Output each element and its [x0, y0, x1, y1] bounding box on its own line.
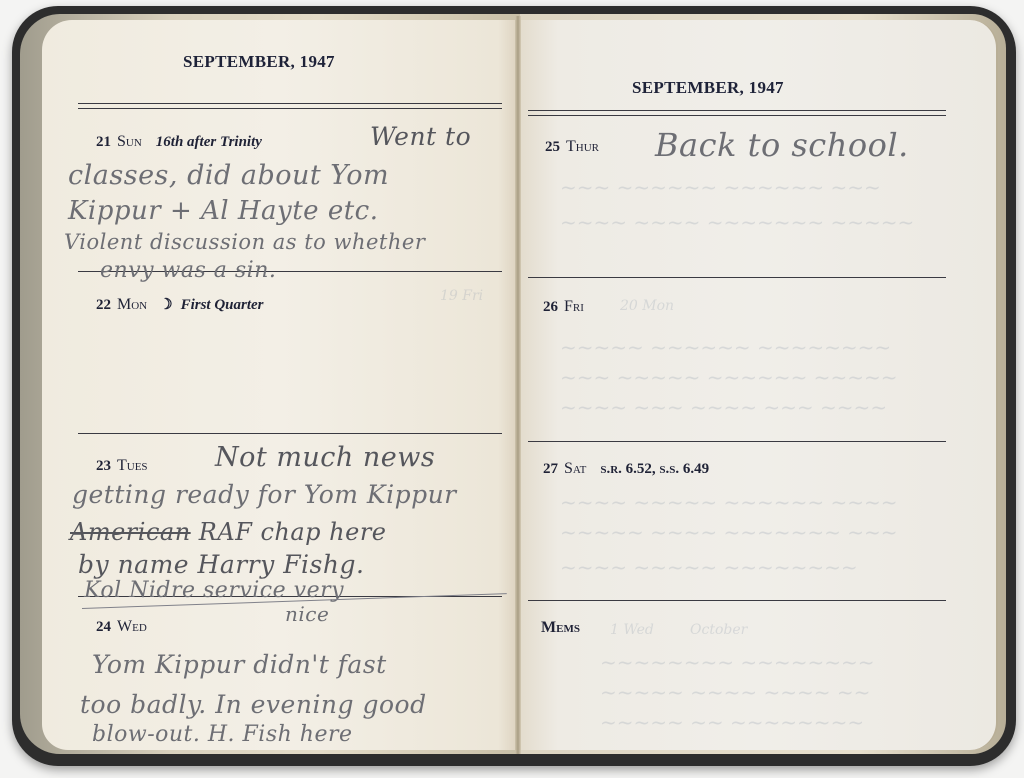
handwriting-line: Back to school. [655, 126, 909, 164]
ghost-text: 19 Fri [440, 288, 483, 304]
ghost-scribble: ~~~ ~~~~~ ~~~~~~ ~~~~~ [560, 365, 897, 389]
day-name: Sat [564, 460, 586, 477]
moon-phase-icon: ☽ [159, 297, 172, 313]
day-number: 27 [543, 461, 558, 477]
header-rule-left [78, 103, 502, 109]
handwriting-line: envy was a sin. [100, 258, 276, 283]
day-name: Mon [117, 296, 147, 313]
day-label-25: 25Thur [545, 138, 599, 156]
day-label-22: 22Mon☽First Quarter [96, 295, 264, 314]
mems-label: Mems [541, 619, 580, 637]
handwriting-line: getting ready for Yom Kippur [72, 480, 457, 509]
day-number: 25 [545, 139, 560, 155]
day-number: 23 [96, 458, 111, 474]
handwriting-line: American RAF chap here [70, 518, 387, 546]
ghost-text: 1 Wed [610, 622, 654, 638]
ghost-scribble: ~~~~~ ~~~~ ~~~~ ~~ [600, 680, 870, 704]
day-name: Wed [117, 618, 147, 635]
handwriting-line: Yom Kippur didn't fast [92, 650, 387, 679]
handwriting-line: Not much news [215, 442, 435, 473]
ghost-scribble: ~~~~ ~~~ ~~~~ ~~~ ~~~~ [560, 395, 887, 419]
day-number: 24 [96, 619, 111, 635]
ghost-scribble: ~~~~ ~~~~~ ~~~~~~ ~~~~ [560, 490, 897, 514]
day-name: Fri [564, 298, 584, 315]
book-spine [515, 16, 521, 754]
day-number: 21 [96, 134, 111, 150]
header-rule-right [528, 110, 946, 116]
day-divider [528, 441, 946, 442]
page-header-right: SEPTEMBER, 1947 [632, 78, 784, 98]
day-divider [78, 433, 502, 434]
ghost-scribble: ~~~ ~~~~~~ ~~~~~~ ~~~ [560, 175, 881, 199]
day-divider [528, 600, 946, 601]
ghost-scribble: ~~~~~ ~~~~ ~~~~~~~ ~~~ [560, 520, 897, 544]
ghost-scribble: ~~~~~~~~ ~~~~~~~~ [600, 650, 874, 674]
day-label-27: 27Sats.r. 6.52, s.s. 6.49 [543, 460, 709, 478]
moon-phase-note: First Quarter [181, 297, 264, 313]
day-number: 22 [96, 297, 111, 313]
handwriting-line: Violent discussion as to whether [64, 230, 425, 254]
sunrise-sunset: s.r. 6.52, s.s. 6.49 [600, 461, 709, 477]
handwriting-line: too badly. In evening good [80, 690, 427, 719]
handwriting-line: Kippur + Al Hayte etc. [68, 196, 379, 226]
ghost-scribble: ~~~~~ ~~~~~~ ~~~~~~~~ [560, 335, 891, 359]
struck-word: American [70, 518, 191, 546]
handwriting-line: nice [285, 602, 329, 626]
ghost-scribble: ~~~~~ ~~ ~~~~~~~~ [600, 710, 864, 734]
day-label-24: 24Wed [96, 618, 147, 636]
ghost-text: October [690, 622, 747, 638]
handwriting-line: Went to [370, 122, 471, 151]
ghost-text: 20 Mon [620, 298, 674, 314]
day-number: 26 [543, 299, 558, 315]
day-label-26: 26Fri [543, 298, 584, 316]
page-header-left: SEPTEMBER, 1947 [183, 52, 335, 72]
liturgical-note: 16th after Trinity [156, 134, 262, 150]
day-label-21: 21Sun16th after Trinity [96, 133, 262, 151]
handwriting-line: blow-out. H. Fish here [92, 722, 353, 747]
day-name: Tues [117, 457, 148, 474]
day-name: Sun [117, 133, 142, 150]
handwriting-line: by name Harry Fishg. [78, 550, 364, 579]
day-name: Thur [566, 138, 599, 155]
day-label-23: 23Tues [96, 457, 148, 475]
day-divider [528, 277, 946, 278]
ghost-scribble: ~~~~ ~~~~ ~~~~~~~ ~~~~~ [560, 210, 914, 234]
ghost-scribble: ~~~~ ~~~~~ ~~~~~~~~ [560, 555, 858, 579]
handwriting-line: classes, did about Yom [68, 160, 389, 191]
